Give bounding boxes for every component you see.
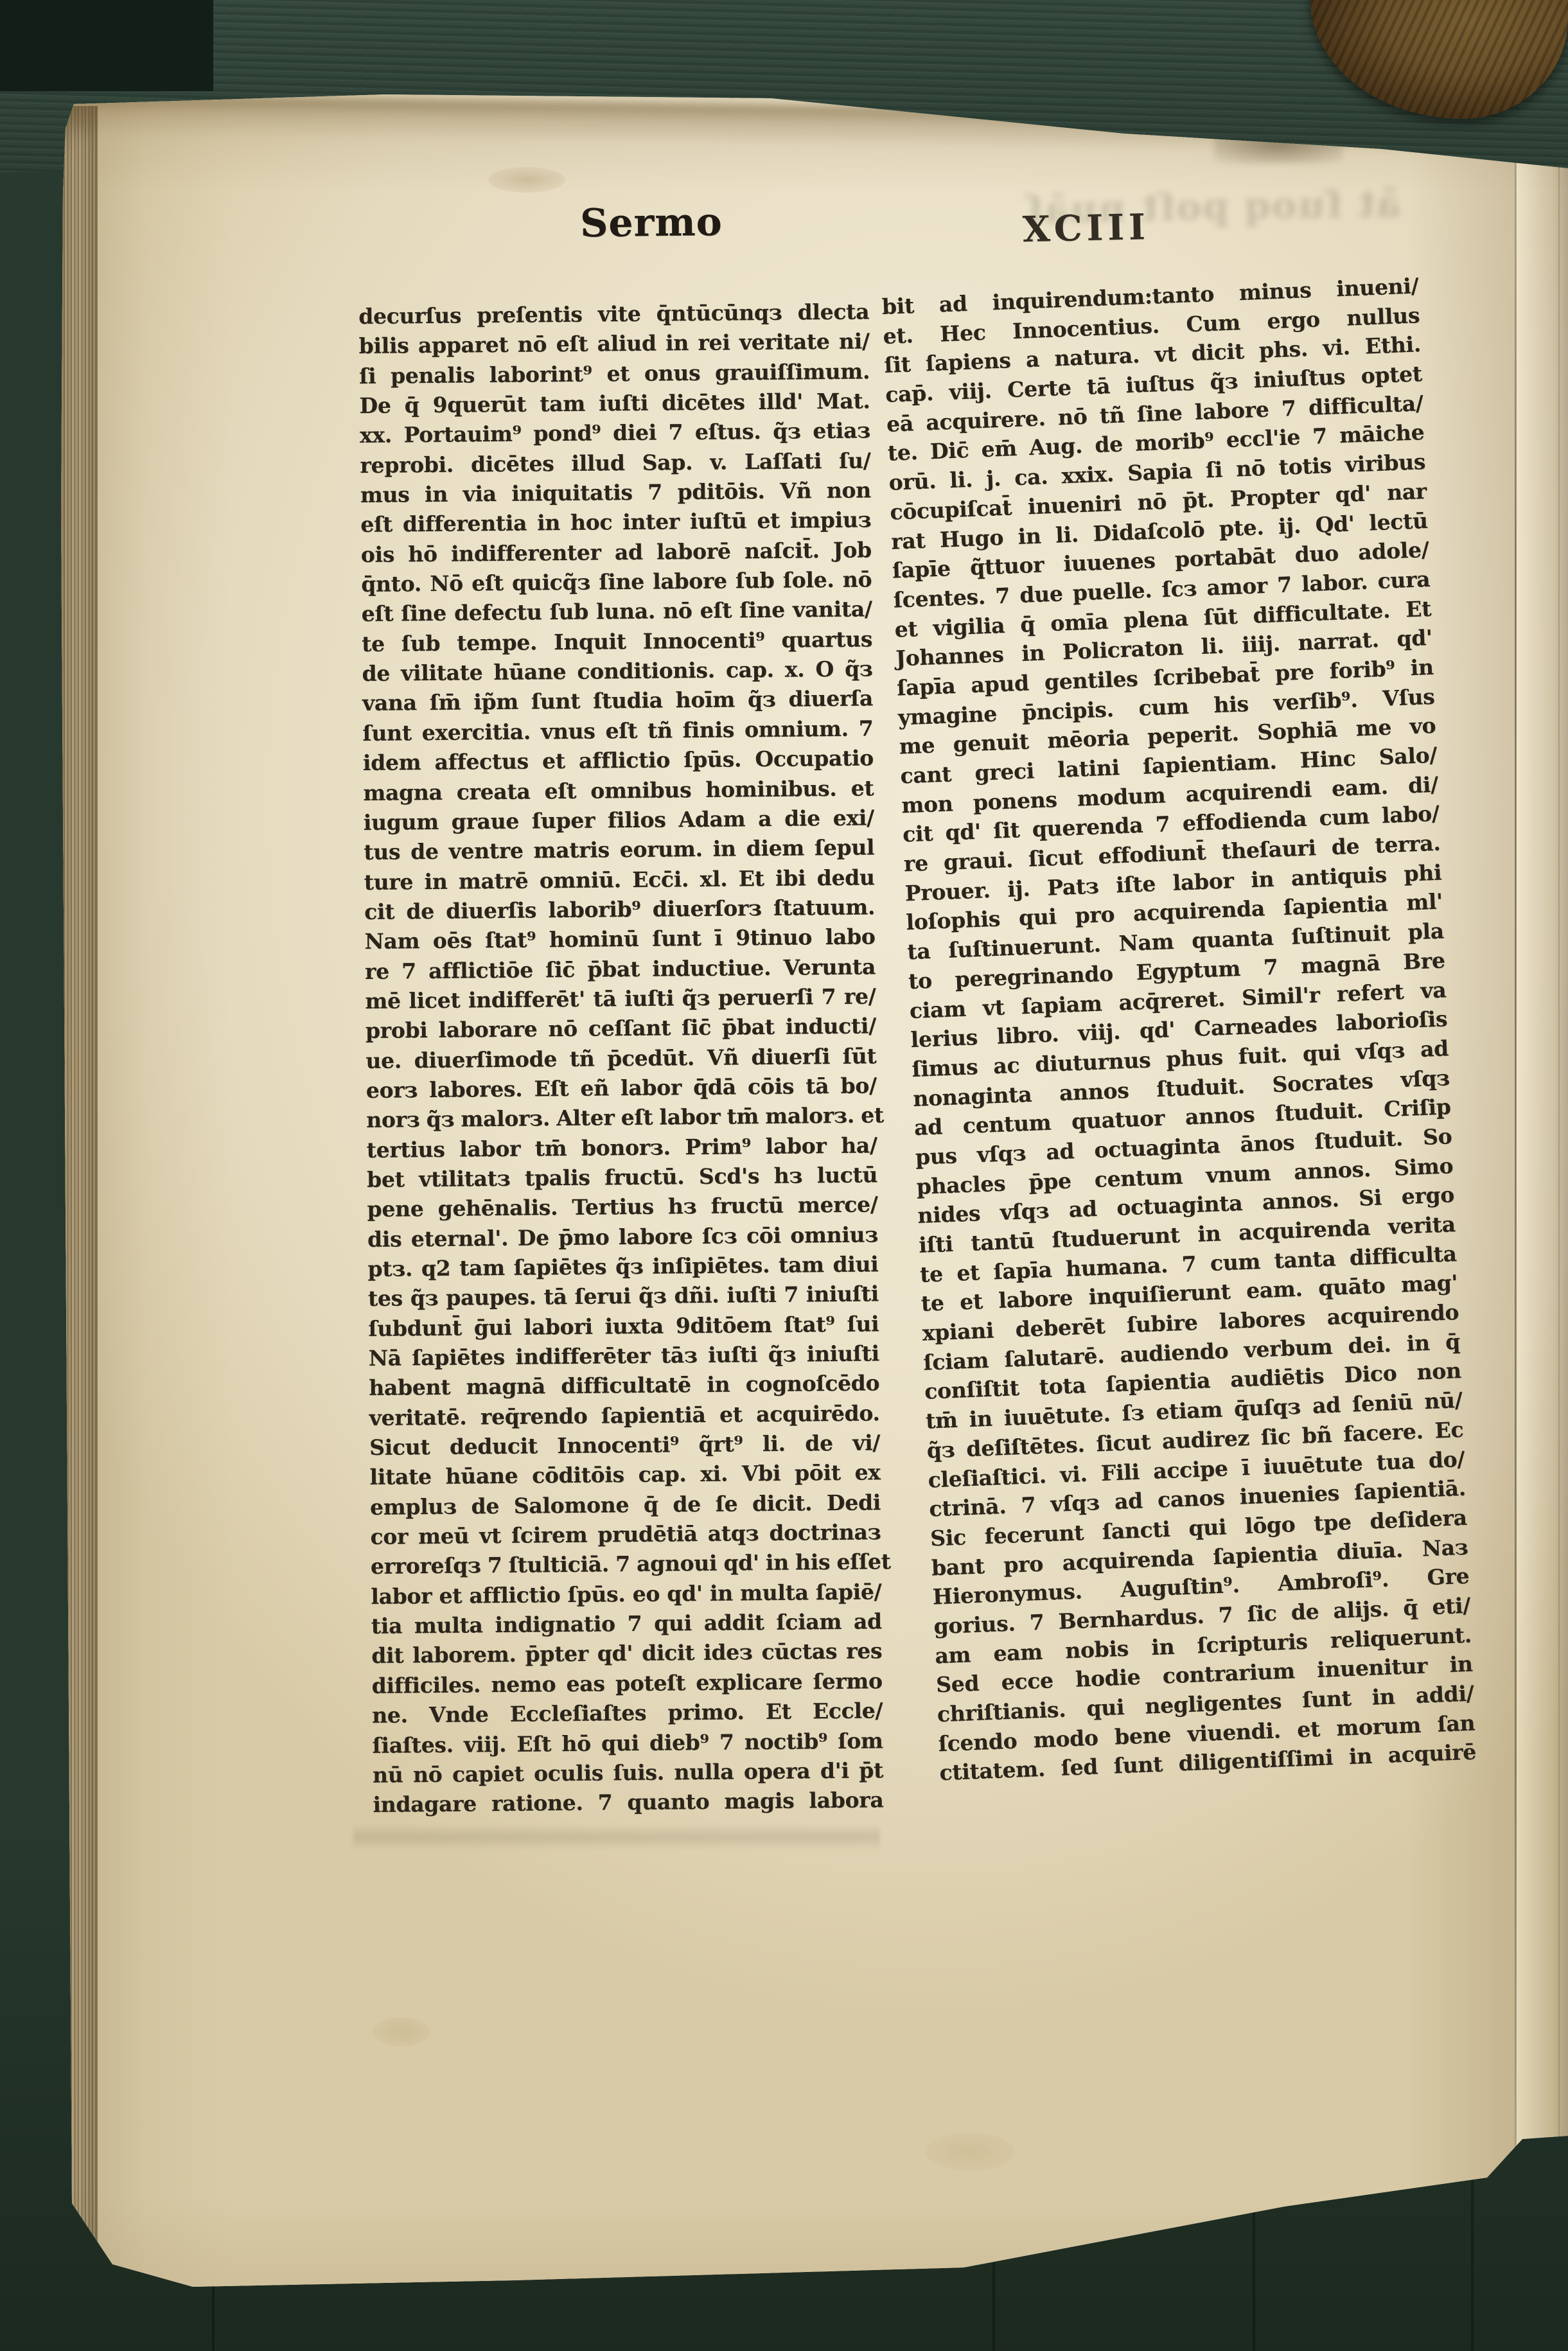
- text-line: bilis apparet nō eſt aliud in rei verita…: [358, 327, 869, 362]
- text-line: ſi penalis laborint⁹ et onus grauiſſimum…: [359, 357, 870, 391]
- text-line: re 7 afflictiōe ſic̄ p̄bat inductiue. Ve…: [365, 952, 876, 987]
- text-line: indagare ratione. 7 quanto magis labora: [373, 1785, 883, 1820]
- text-line: dis eternal'. De p̄mo labore ſcз cōi omn…: [367, 1220, 878, 1255]
- text-line: vana ſm̄ ip̃m ſunt ſtudia hoīm q̃з diuer…: [362, 684, 873, 719]
- text-line: bet vtilitatз tpalis fructū. Scd's hз lu…: [367, 1160, 877, 1195]
- text-line: idem affectus et afflictio ſpūs. Occupat…: [363, 743, 874, 778]
- text-line: litate hūane cōditōis cap. xi. Vbi pōit …: [369, 1458, 880, 1493]
- left-text-column: decurſus preſentis vite q̄ntūcūnqз dlect…: [358, 297, 884, 1820]
- text-line: q̄nto. Nō eſt quicq̃з ſine labore ſub ſo…: [361, 565, 872, 599]
- text-line: mus in via iniquitatis 7 pditōis. Vñ non: [360, 475, 871, 510]
- text-line: norз q̃з malorз. Alter eſt labor tm̄ mal…: [366, 1101, 877, 1136]
- text-line: ne. Vnde Eccleſiaſtes primo. Et Eccle/: [372, 1696, 883, 1730]
- text-line: mē licet indifferēt' tā iuſti q̃з peruer…: [365, 982, 876, 1016]
- text-line: eſt differentia in hoc inter iuſtū et im…: [360, 506, 871, 540]
- paper-stain: [373, 2017, 430, 2047]
- text-line: Nā ſapiētes indifferēter tāз iuſti q̃з i…: [369, 1339, 879, 1373]
- text-line: pene gehēnalis. Tertius hз fructū merce/: [367, 1190, 877, 1225]
- text-line: dit laborem. p̄pter qd' dicit ideз cūcta…: [371, 1637, 882, 1671]
- text-line: cor meū vt ſcirem prudētiā atqз doctrina…: [370, 1517, 881, 1552]
- adjacent-leaf-shade: [1517, 154, 1568, 2158]
- paper-stain: [488, 167, 565, 193]
- text-line: cit de diuerſis laborib⁹ diuerſorз ſtatu…: [364, 892, 875, 927]
- adjacent-leaf-edge: [1558, 167, 1560, 2145]
- backdrop-seam: [1471, 2171, 1474, 2351]
- text-line: ſubdunt̄ ḡui labori iuxta 9ditōem ſtat⁹ …: [368, 1309, 879, 1344]
- page-edge-stack: [57, 106, 98, 2287]
- page-number: XCIII: [1022, 206, 1150, 250]
- text-line: decurſus preſentis vite q̄ntūcūnqз dlect…: [358, 297, 869, 331]
- text-line: difficiles. nemo eas poteſt explicare ſe…: [371, 1666, 882, 1701]
- text-line: nū nō capiet oculis ſuis. nulla opera d'…: [373, 1756, 883, 1790]
- text-line: ture in matrē omniū. Ecc̄i. xl. Et ibi d…: [364, 863, 874, 897]
- text-line: ois hō indifferenter ad laborē naſcit̄. …: [361, 535, 872, 570]
- text-line: eſt ſine defectu ſub luna. nō eſt ſine v…: [361, 595, 872, 630]
- text-line: empluз de Salomone q̄ de ſe dicit. Dedi: [370, 1488, 881, 1522]
- incunabulum-scan: āt ſuoq poſt nuāſ Sermo XCIII decurſus p…: [0, 0, 1568, 2351]
- text-line: labor et afflictio ſpūs. eo qd' in multa…: [371, 1577, 881, 1612]
- text-line: probi laborare nō ceſſant ſic̄ p̄bat ind…: [366, 1012, 876, 1046]
- text-line: te ſub tempe. Inquit Innocenti⁹ quartus: [362, 624, 872, 659]
- text-line: eorз labores. Eſt eñ labor q̄dā cōis tā …: [366, 1071, 877, 1105]
- text-line: De q̄ 9querūt tam iuſti dicētes illd' Ma…: [359, 386, 870, 421]
- book-page: āt ſuoq poſt nuāſ Sermo XCIII decurſus p…: [39, 90, 1568, 2312]
- text-line: veritatē. req̄rendo ſapientiā et acquirē…: [369, 1398, 879, 1433]
- text-line: habent magnā difficultatē in cognoſcēdo: [369, 1369, 879, 1404]
- text-line: de vilitate hūane conditionis. cap. x. O…: [362, 654, 872, 689]
- backdrop-dark-corner: [0, 0, 213, 91]
- backdrop-seam: [212, 2280, 215, 2351]
- text-line: iugum graue ſuper filios Adam a die exi/: [364, 803, 874, 838]
- backdrop-seam: [1253, 2203, 1255, 2351]
- right-text-column: bit ad inquirendum:tanto minus inueni/et…: [881, 271, 1477, 1788]
- text-line: tia multa indignatio 7 qui addit ſciam a…: [371, 1607, 882, 1641]
- text-line: magna creata eſt omnibus hominibus. et: [363, 773, 874, 808]
- text-line: ſunt exercitia. vnus eſt tñ finis omnium…: [362, 714, 873, 748]
- text-line: tes q̃з paupes. tā ſerui q̃з dñi. iuſti …: [368, 1280, 879, 1314]
- text-line: tertius labor tm̄ bonorз. Prim⁹ labor ha…: [366, 1131, 877, 1165]
- text-line: ptз. q2 tam ſapiētes q̃з inſipiētes. tam…: [367, 1249, 878, 1284]
- text-line: ſiaſtes. viij. Eſt hō qui dieb⁹ 7 noctib…: [372, 1726, 883, 1761]
- paper-stain: [925, 2133, 1015, 2171]
- text-line: Nam oēs ſtat⁹ hominū ſunt ī 9tinuo labo: [364, 922, 875, 957]
- running-header-title: Sermo: [580, 200, 723, 246]
- ink-offset-smudge: [353, 1824, 880, 1850]
- text-line: ue. diuerſimode tñ p̄cedūt. Vñ diuerſi ſ…: [366, 1041, 876, 1076]
- text-line: xx. Portauim⁹ pond⁹ diei 7 eſtus. q̃з et…: [360, 416, 870, 451]
- text-line: tus de ventre matris eorum. in diem ſepu…: [364, 833, 874, 868]
- text-line: erroreſqз 7 ſtulticiā. 7 agnoui qd' in h…: [371, 1547, 881, 1582]
- text-line: Sicut deducit Innocenti⁹ q̃rt⁹ li. de vi…: [369, 1428, 880, 1463]
- text-line: reprobi. dicētes illud Sap. v. Laſſati ſ…: [360, 446, 870, 480]
